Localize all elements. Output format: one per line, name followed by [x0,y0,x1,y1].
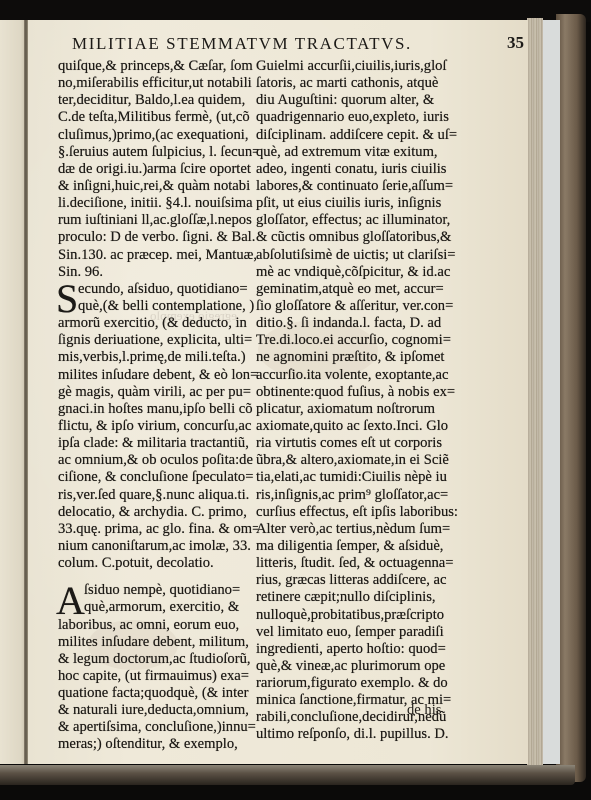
text-line: mis,verbis,l.primę,de mili.teſta.) [58,349,258,366]
text-line: & apertiſsima, concluſione,)innu= [58,719,258,736]
text-line: labores,& continuato ſerie,aſſum= [256,178,466,195]
book-scan: egregio exemplo MILITIAE STEMMATVM TRACT… [0,0,591,800]
text-line: ria virtutis comes eſt ut corporis [256,435,466,452]
text-line: laboribus, ac omni, eorum euo, [58,617,258,634]
text-line: ſignis deriuatione, explicita, ulti= [58,332,258,349]
text-line: quiſque,& princeps,& Cæſar, ſom [58,58,258,75]
text-line: ne agnomini præſtito, & ipſomet [256,349,466,366]
page-edges [527,18,543,766]
text-line: Tre.di.loco.ei accurſio, cognomi= [256,332,466,349]
text-line: què,& vineæ,ac plurimorum ope [256,658,466,675]
text-line: geminatim,atquè eo met, accur= [256,281,466,298]
text-line: diu Auguſtini: quorum alter, & [256,92,466,109]
text-line: diſciplinam. addiſcere cepit. & uſ= [256,127,466,144]
scan-background-top [0,0,591,22]
text-line: ingredienti, aperto hoſtio: quod= [256,641,466,658]
text-line: ter,deciditur, Baldo,l.ea quidem, [58,92,258,109]
text-line: milites inſudare debent, militum, [58,634,258,651]
text-line: ultimo reſponſo, di.l. pupillus. D. [256,726,466,743]
text-line: colum. C.potuit, decolatio. [58,555,258,572]
text-line: quadrigennario euo,expleto, iuris [256,109,466,126]
text-line: abſolutiſsimè de uictis; ut clariſsi= [256,247,466,264]
text-line: Guielmi accurſii,ciuilis,iuris,gloſ [256,58,466,75]
text-line: ecundo, aſsiduo, quotidiano= [58,281,258,298]
text-line: flictu, & ipſo virium, concurſu,ac [58,418,258,435]
text-line: & cũctis omnibus gloſſatoribus,& [256,229,466,246]
text-line: mè ac vndiquè,cõſpicitur, & id.ac [256,264,466,281]
text-line: Sin. 96. [58,264,258,281]
text-line: dæ de origi.iu.)arma ſcire oportet [58,161,258,178]
text-line: litteris, ſtudit. ſed, & octuagenna= [256,555,466,572]
text-line: pſit, ut eius ciuilis iuris, inſignis [256,195,466,212]
text-line: & legum doctorum,ac ſtudioſorũ, [58,651,258,668]
text-line: ſatoris, ac marti cathonis, atquè [256,75,466,92]
text-line: quatione facta;quodquè, (& inter [58,685,258,702]
text-line: ris,ver.ſed quare,§.nunc aliqua.ti. [58,487,258,504]
text-line: ipſa clade: & militaria tractantiũ, [58,435,258,452]
text-line: nulloquè,probitatibus,præſcripto [256,607,466,624]
text-line: cluſimus,)primo,(ac exequationi, [58,127,258,144]
text-line: milites inſudare debent, & eò lon= [58,367,258,384]
text-line: gnaci.in hoſtes manu,ipſo belli cõ [58,401,258,418]
endpaper [541,20,560,764]
text-line: ſsiduo nempè, quotidiano= [58,582,258,599]
text-line: ma diligentia ſemper, & aſsiduè, [256,538,466,555]
text-line: accurſio.ita volente, exoptante,ac [256,367,466,384]
text-line: ris,inſignis,ac prim⁹ gloſſator,ac= [256,487,466,504]
running-head-title: MILITIAE STEMMATVM TRACTATVS. [72,34,412,53]
text-line: hoc capite, (ut firmauimus) exa= [58,668,258,685]
text-line: obtinente:quod fuſius, à nobis ex= [256,384,466,401]
text-line: ac omnium,& ob oculos poſita:de [58,452,258,469]
text-line: & inſigni,huic,rei,& quàm notabi [58,178,258,195]
text-line: vel limitato euo, ſemper paradiſi [256,624,466,641]
text-line: adeo, ingenti conatu, iuris ciuilis [256,161,466,178]
text-line: Sin.130. ac præcep. mei, Mantuæ, [58,247,258,264]
text-line: & naturali iure,deducta,omnium, [58,702,258,719]
text-line: ũbra,& altero,axiomate,in ei Sciẽ [256,452,466,469]
text-line: no,miſerabilis efficitur,ut notabili [58,75,258,92]
text-line: plicatur, axiomatum noſtrorum [256,401,466,418]
text-line: gloſſator, effectus; ac illuminator, [256,212,466,229]
text-line: rariorum,figurato exemplo. & do [256,675,466,692]
text-line: delocatio, & archydia. C. primo, [58,504,258,521]
running-head: MILITIAE STEMMATVM TRACTATVS. 35 [72,34,532,58]
text-line: què,armorum, exercitio, & [58,599,258,616]
book-cover-bottom [0,765,575,785]
text-line: gè magis, quàm virili, ac per pu= [58,384,258,401]
text-line: curſius effectus, eſt ipſis laboribus: [256,504,466,521]
text-line: retinere cæpit;nullo diſciplinis, [256,589,466,606]
left-column: quiſque,& princeps,& Cæſar, ſomno,miſera… [58,58,258,754]
book-cover-edge [556,14,586,782]
folio-number: 35 [507,33,524,53]
drop-cap: S [56,281,78,317]
drop-cap: A [56,583,85,619]
text-line: Alter verò,ac tertius,nèdum ſum= [256,521,466,538]
text-line: ciſione, & concluſione ſpeculato= [58,469,258,486]
text-line: li.deciſione, initii. §4.l. nouiſsima [58,195,258,212]
text-line: nium canoniſtarum,ac imolæ, 33. [58,538,258,555]
text-line: tia,elati,ac tumidi:Ciuilis nèpè iu [256,469,466,486]
text-line: 33.quę. prima, ac glo. fina. & om= [58,521,258,538]
text-line: axiomate,quito ac ſexto.Inci. Glo [256,418,466,435]
text-line: ſio gloſſatore & aſſeritur, ver.con= [256,298,466,315]
text-line: proculo: D de verbo. ſigni. & Bal. [58,229,258,246]
text-line: §.ſeruius autem ſulpicius, l. ſecun= [58,144,258,161]
text-line: meras;) oſtenditur, & exemplo, [58,736,258,753]
text-line: ditio.§. ſi indanda.l. facta, D. ad [256,315,466,332]
text-line: rum iuſtiniani ll,ac.gloſſæ,l.nepos [58,212,258,229]
text-line: què,(& belli contemplatione, ) [58,298,258,315]
text-line: C.de teſta,Militibus fermè, (ut,cõ [58,109,258,126]
text-line: armorũ exercitio, (& deducto, in [58,315,258,332]
text-line: què, ad extremum vitæ exitum, [256,144,466,161]
catchword: de his [407,702,441,719]
gutter [24,20,28,764]
facing-page [0,20,26,764]
text-line: rius, græcas litteras addiſcere, ac [256,572,466,589]
right-column: Guielmi accurſii,ciuilis,iuris,gloſſator… [256,58,466,744]
